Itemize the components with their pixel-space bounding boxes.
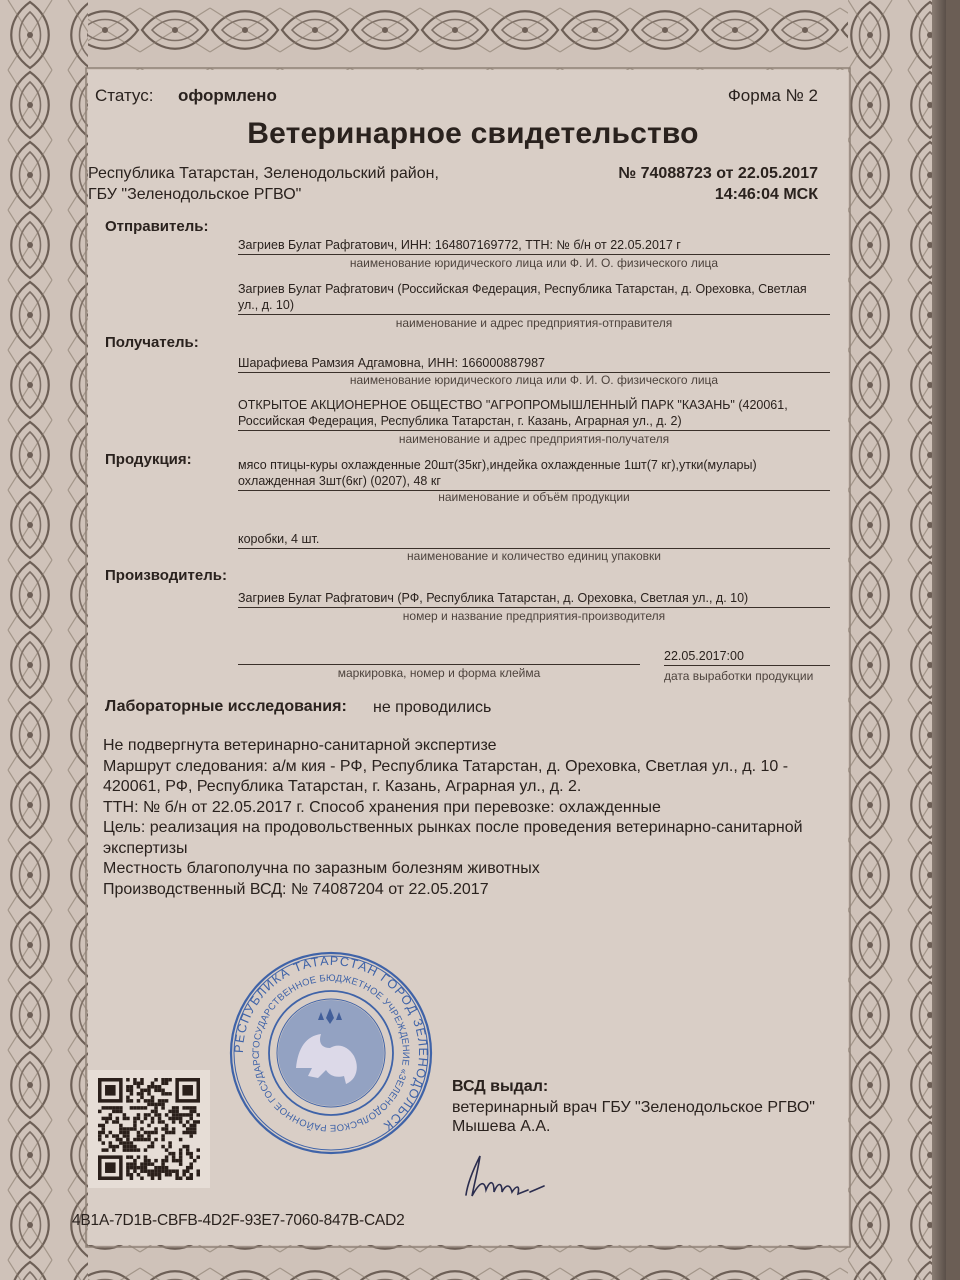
issued-by-title: ВСД выдал: — [452, 1078, 548, 1096]
sender-address-line-1: Загриев Булат Рафгатович (Российская Фед… — [238, 281, 830, 297]
sender-address-caption: наименование и адрес предприятия-отправи… — [238, 316, 830, 330]
status-label: Статус: — [95, 86, 153, 106]
packaging-field: коробки, 4 шт. — [238, 531, 830, 549]
product-line-2: охлажденная 3шт(6кг) (0207), 48 кг — [238, 473, 830, 489]
recipient-address-field: ОТКРЫТОЕ АКЦИОНЕРНОЕ ОБЩЕСТВО "АГРОПРОМЫ… — [238, 397, 830, 431]
packaging-caption: наименование и количество единиц упаковк… — [238, 549, 830, 563]
marking-field — [238, 648, 640, 665]
recipient-address-line-2: Российская Федерация, Республика Татарст… — [238, 413, 830, 429]
issuer-block: Республика Татарстан, Зеленодольский рай… — [88, 163, 439, 205]
note-line: Не подвергнута ветеринарно-санитарной эк… — [103, 736, 823, 757]
recipient-address-caption: наименование и адрес предприятия-получат… — [238, 432, 830, 446]
notes-block: Не подвергнута ветеринарно-санитарной эк… — [103, 736, 823, 900]
marking-caption: маркировка, номер и форма клейма — [238, 666, 640, 680]
page-edge — [932, 0, 946, 1280]
production-date-field: 22.05.2017:00 — [664, 648, 830, 666]
production-date-caption: дата выработки продукции — [664, 669, 834, 683]
note-line: экспертизы — [103, 839, 823, 860]
product-line-1: мясо птицы-куры охлажденные 20шт(35кг),и… — [238, 457, 830, 473]
recipient-name-caption: наименование юридического лица или Ф. И.… — [238, 373, 830, 387]
recipient-address-line-1: ОТКРЫТОЕ АКЦИОНЕРНОЕ ОБЩЕСТВО "АГРОПРОМЫ… — [238, 397, 830, 413]
sender-address-line-2: ул., д. 10) — [238, 297, 830, 313]
recipient-name-field: Шарафиева Рамзия Адгамовна, ИНН: 1660008… — [238, 355, 830, 373]
qr-code — [88, 1070, 210, 1188]
issuer-line-1: Республика Татарстан, Зеленодольский рай… — [88, 163, 439, 184]
document-guid: 4B1A-7D1B-CBFB-4D2F-93E7-7060-847B-CAD2 — [72, 1212, 405, 1230]
status-value: оформлено — [178, 86, 277, 106]
issued-by-position: ветеринарный врач ГБУ "Зеленодольское РГ… — [452, 1099, 815, 1117]
lab-value: не проводились — [373, 699, 491, 717]
certificate-number-block: № 74088723 от 22.05.2017 14:46:04 МСК — [618, 163, 818, 205]
certificate-number: № 74088723 от 22.05.2017 — [618, 163, 818, 184]
note-line: Производственный ВСД: № 74087204 от 22.0… — [103, 880, 823, 901]
sender-address-field: Загриев Булат Рафгатович (Российская Фед… — [238, 281, 830, 315]
document-title: Ветеринарное свидетельство — [0, 117, 946, 151]
official-stamp: РЕСПУБЛИКА ТАТАРСТАН ГОРОД ЗЕЛЕНОДОЛЬСК … — [226, 948, 436, 1163]
product-label: Продукция: — [105, 451, 192, 468]
note-line: Местность благополучна по заразным болез… — [103, 859, 823, 880]
note-line: 420061, РФ, Республика Татарстан, г. Каз… — [103, 777, 823, 798]
producer-field: Загриев Булат Рафгатович (РФ, Республика… — [238, 590, 830, 608]
sender-label: Отправитель: — [105, 218, 208, 235]
signature — [458, 1150, 558, 1215]
form-number: Форма № 2 — [728, 86, 818, 106]
issued-by-name: Мышева А.А. — [452, 1118, 550, 1136]
sender-name-caption: наименование юридического лица или Ф. И.… — [238, 256, 830, 270]
issuer-line-2: ГБУ "Зеленодольское РГВО" — [88, 184, 439, 205]
product-caption: наименование и объём продукции — [238, 490, 830, 504]
note-line: ТТН: № б/н от 22.05.2017 г. Способ хране… — [103, 798, 823, 819]
lab-label: Лабораторные исследования: — [105, 698, 347, 716]
note-line: Маршрут следования: а/м кия - РФ, Респуб… — [103, 757, 823, 778]
producer-caption: номер и название предприятия-производите… — [238, 609, 830, 623]
recipient-label: Получатель: — [105, 334, 199, 351]
producer-label: Производитель: — [105, 567, 227, 584]
certificate-time: 14:46:04 МСК — [618, 184, 818, 205]
note-line: Цель: реализация на продовольственных ры… — [103, 818, 823, 839]
certificate-sheet: Статус: оформлено Форма № 2 Ветеринарное… — [0, 0, 946, 1280]
sender-name-field: Загриев Булат Рафгатович, ИНН: 164807169… — [238, 237, 830, 255]
product-field: мясо птицы-куры охлажденные 20шт(35кг),и… — [238, 457, 830, 491]
